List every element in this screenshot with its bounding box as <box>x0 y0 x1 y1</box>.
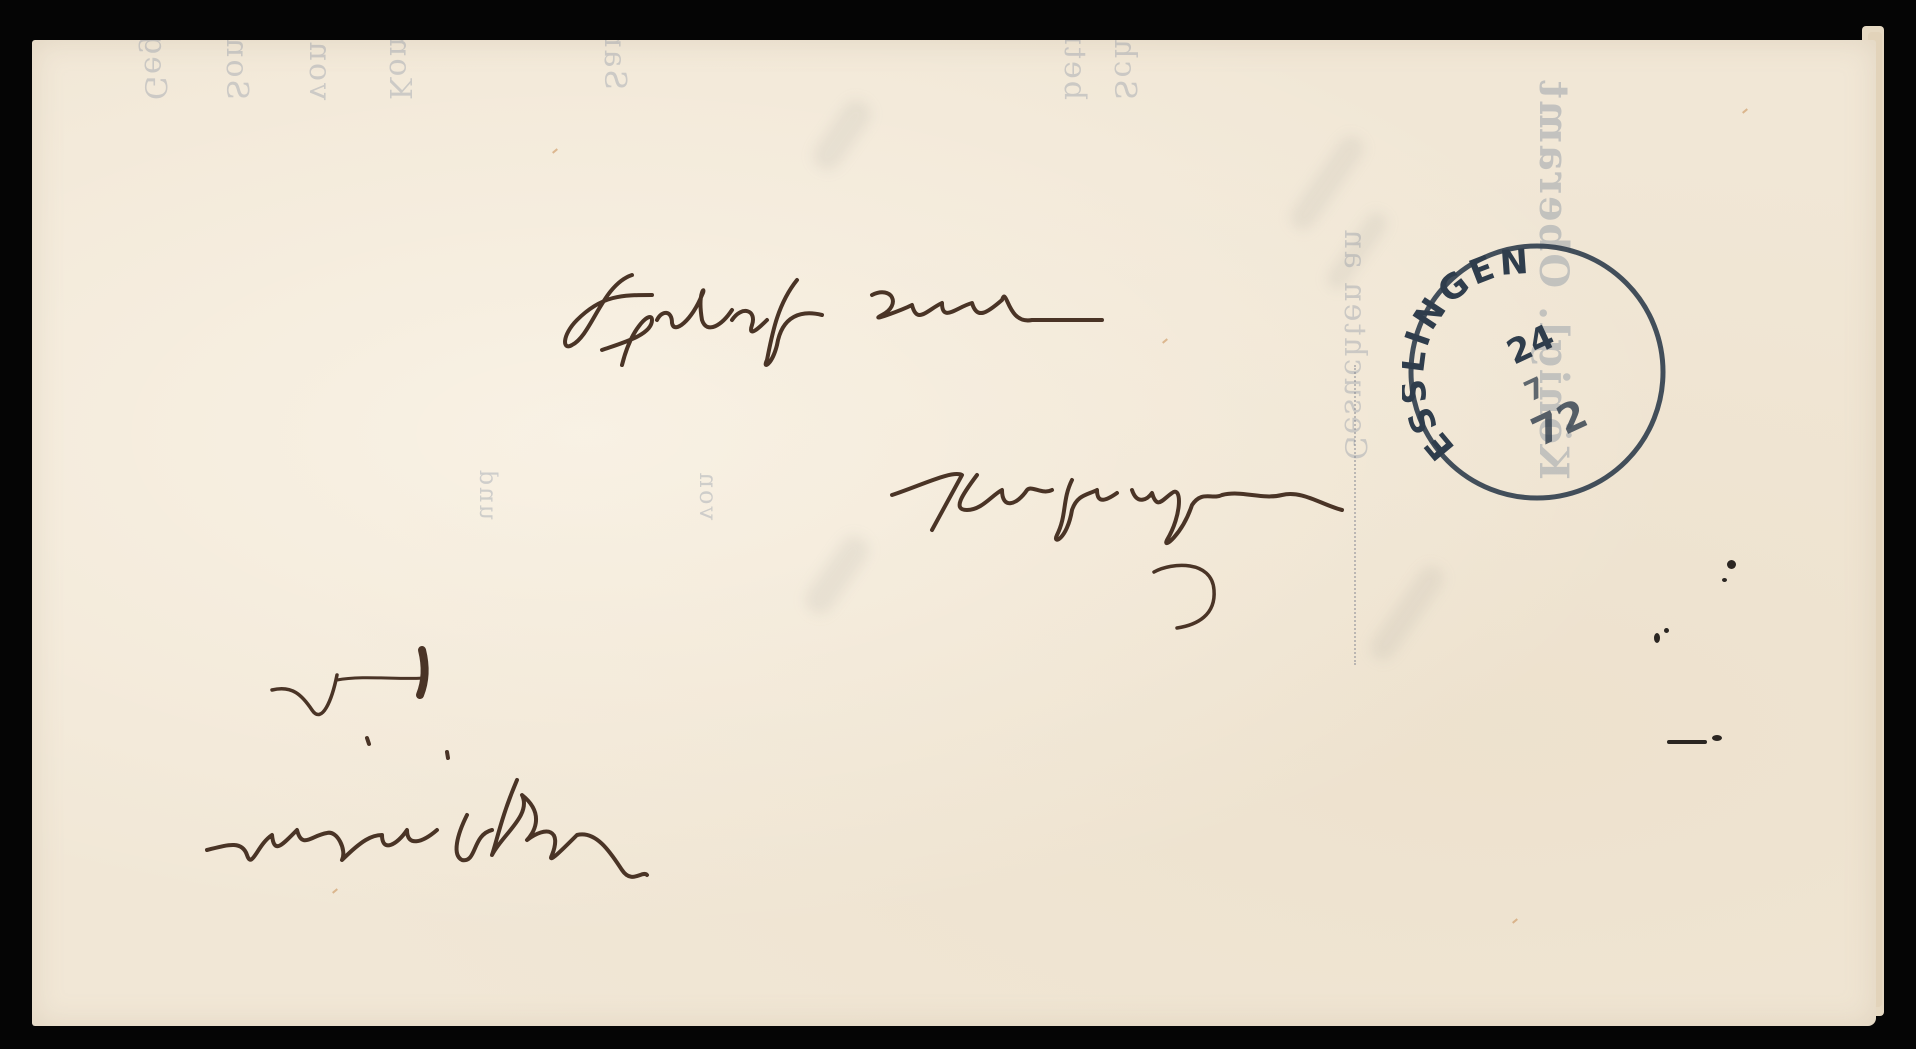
ink-dot <box>1712 735 1722 741</box>
paper-fleck <box>1512 918 1518 923</box>
bleed-text-column: von <box>694 471 722 520</box>
bleed-text-column: und <box>474 468 502 520</box>
bleed-text-column: Schreiben an <box>1107 40 1142 100</box>
bleed-text-column: Sammlung von <box>597 40 632 90</box>
address-line-1: Schults Amt <box>562 265 1262 375</box>
bleed-text-column: Gegenstand der <box>137 40 172 100</box>
bleed-text-column: betreffend die Bezirks- <box>1057 40 1092 100</box>
ink-smudge <box>1365 560 1449 665</box>
paper-fleck <box>1742 108 1748 113</box>
ink-dot <box>1722 578 1727 582</box>
letter-cover: Gegenstand der Sonntag, wird durch von B… <box>32 40 1876 1026</box>
flourish-stroke <box>1152 560 1232 640</box>
postmark-stamp: ESSLINGEN 24 7 72 <box>1402 237 1672 507</box>
sender-note-line-1: v. d. <box>262 640 562 760</box>
ink-dot <box>1664 628 1669 633</box>
ink-smudge <box>799 530 875 621</box>
bleed-text-column: Sonntag, wird durch <box>219 40 254 100</box>
ink-dot <box>1727 560 1736 569</box>
handwriting-stroke <box>882 455 1442 545</box>
ink-smudge <box>1285 130 1369 235</box>
address-line-2: Plochingen <box>882 455 1442 545</box>
bleed-text-column: von Bezirksvertretung <box>302 40 337 100</box>
ink-smudge <box>807 94 877 177</box>
postmark-month: 7 <box>1519 370 1551 408</box>
handwritten-flourish <box>1152 560 1232 640</box>
paper-fleck <box>552 148 558 153</box>
ink-dash <box>1667 740 1707 744</box>
ink-dot <box>1654 633 1660 643</box>
postmark-day: 24 <box>1501 317 1561 373</box>
bleed-text-column: Kommandanten und <box>382 40 417 100</box>
handwriting-stroke <box>262 640 562 760</box>
sender-note-line-2: Steuerinsp. <box>202 775 982 895</box>
handwriting-stroke <box>202 775 982 895</box>
postmark-circle: ESSLINGEN 24 7 72 <box>1402 237 1672 507</box>
handwriting-stroke <box>562 265 1262 375</box>
